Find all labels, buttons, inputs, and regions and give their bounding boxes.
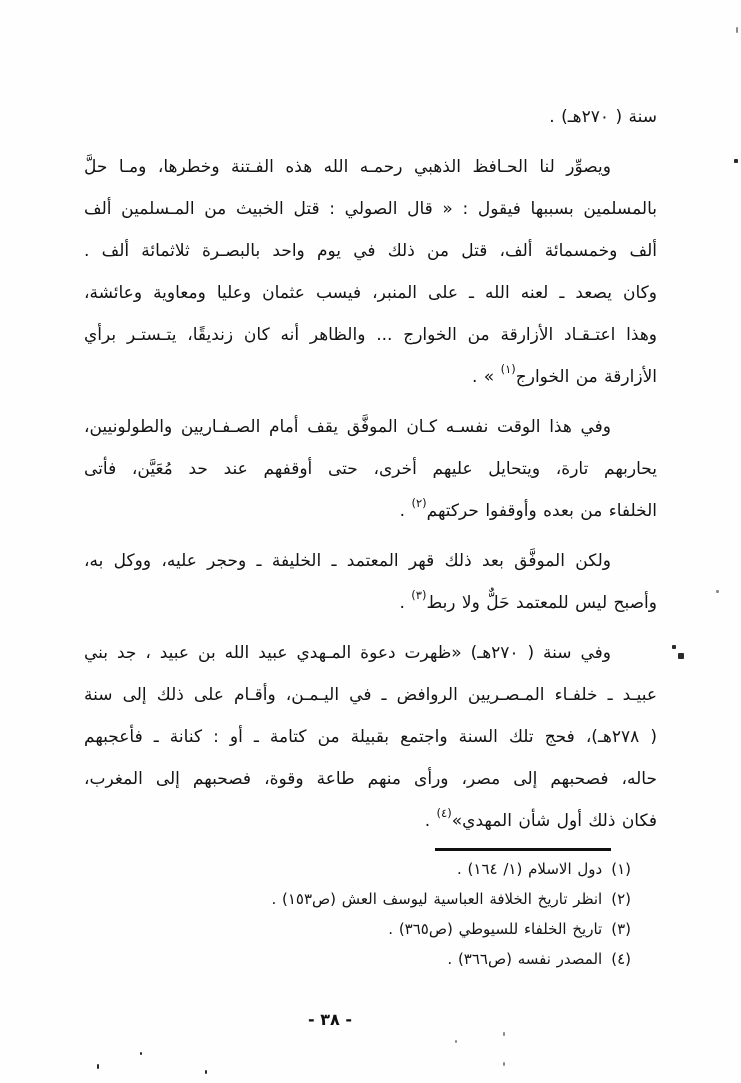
scan-speck: [455, 1040, 457, 1043]
text-line: ولكن الموفَّق بعد ذلك قهر المعتمد ـ الخل…: [84, 540, 657, 582]
text-line: وكان يصعد ـ لعنه الله ـ على المنبر، فيسب…: [84, 272, 657, 314]
scan-speck: [734, 159, 738, 163]
footnote-item: (٤)المصدر نفسه (ص٣٦٦) .: [84, 944, 631, 974]
line-text: » .: [472, 367, 501, 387]
scan-speck: [716, 590, 719, 593]
footnote-number: (٤): [611, 950, 631, 968]
footnote-number: (١): [611, 860, 631, 878]
paragraph: وفي سنة ( ٢٧٠هـ) «ظهرت دعوة المـهدي عبيد…: [84, 632, 657, 842]
footnote-text: المصدر نفسه (ص٣٦٦) .: [447, 950, 602, 968]
scan-speck: [672, 645, 676, 649]
line-text: وفي هذا الوقت نفسـه كـان الموفَّق يقف أم…: [84, 417, 611, 437]
line-text: يحاربهم تارة، ويتحايل عليهم أخرى، حتى أو…: [84, 459, 657, 479]
footnote-item: (٢)انظر تاريخ الخلافة العباسية ليوسف الع…: [84, 884, 631, 914]
line-text: حاله، فصحبهم إلى مصر، ورأى منهم طاعة وقو…: [84, 769, 657, 789]
footnote-text: تاريخ الخلفاء للسيوطي (ص٣٦٥) .: [388, 920, 602, 938]
footnotes-section: (١)دول الاسلام (١/ ١٦٤) .(٢)انظر تاريخ ا…: [84, 854, 657, 974]
paragraph: سنة ( ٢٧٠هـ) .: [84, 96, 657, 138]
text-line: عبيـد ـ خلفـاء المـصـريين الروافض ـ في ا…: [84, 674, 657, 716]
line-text: وكان يصعد ـ لعنه الله ـ على المنبر، فيسب…: [84, 283, 657, 303]
footnote-ref: (٤): [437, 806, 452, 820]
scan-speck: [736, 27, 738, 33]
text-line: الخلفاء من بعده وأوقفوا حركتهم(٢) .: [84, 490, 657, 532]
line-text: ولكن الموفَّق بعد ذلك قهر المعتمد ـ الخل…: [84, 551, 611, 571]
text-line: ( ٢٧٨هـ)، فحج تلك السنة واجتمع بقبيلة من…: [84, 716, 657, 758]
text-line: الأزارقة من الخوارج(١) » .: [84, 356, 657, 398]
body-text: سنة ( ٢٧٠هـ) .ويصوِّر لنا الحـافظ الذهبي…: [84, 96, 657, 974]
text-line: فكان ذلك أول شأن المهدي»(٤) .: [84, 800, 657, 842]
line-text: وهذا اعتـقـاد الأزارقة من الخوارج ... وا…: [84, 325, 657, 345]
paragraphs-container: سنة ( ٢٧٠هـ) .ويصوِّر لنا الحـافظ الذهبي…: [84, 96, 657, 842]
line-text: سنة ( ٢٧٠هـ) .: [549, 107, 657, 127]
footnote-item: (١)دول الاسلام (١/ ١٦٤) .: [84, 854, 631, 884]
footnote-text: انظر تاريخ الخلافة العباسية ليوسف العش (…: [271, 890, 602, 908]
footnote-separator: [435, 848, 611, 851]
text-line: ألف وخمسمائة ألف، قتل من ذلك في يوم واحد…: [84, 230, 657, 272]
scan-speck: [678, 653, 684, 659]
line-text: ويصوِّر لنا الحـافظ الذهبي رحمـه الله هذ…: [84, 157, 611, 177]
text-line: بالمسلمين بسببها فيقول : « قال الصولي : …: [84, 188, 657, 230]
paragraph: وفي هذا الوقت نفسـه كـان الموفَّق يقف أم…: [84, 406, 657, 532]
footnote-ref: (٢): [411, 496, 426, 510]
text-line: يحاربهم تارة، ويتحايل عليهم أخرى، حتى أو…: [84, 448, 657, 490]
paragraph: ويصوِّر لنا الحـافظ الذهبي رحمـه الله هذ…: [84, 146, 657, 398]
line-text: الخلفاء من بعده وأوقفوا حركتهم: [427, 501, 657, 521]
scan-speck: [503, 1062, 505, 1066]
text-line: وهذا اعتـقـاد الأزارقة من الخوارج ... وا…: [84, 314, 657, 356]
text-line: وفي سنة ( ٢٧٠هـ) «ظهرت دعوة المـهدي عبيد…: [84, 632, 657, 674]
line-text: ( ٢٧٨هـ)، فحج تلك السنة واجتمع بقبيلة من…: [84, 727, 657, 747]
text-line: ويصوِّر لنا الحـافظ الذهبي رحمـه الله هذ…: [84, 146, 657, 188]
line-text: فكان ذلك أول شأن المهدي»: [452, 811, 657, 831]
footnote-number: (٣): [611, 920, 631, 938]
text-line: سنة ( ٢٧٠هـ) .: [84, 96, 657, 138]
footnote-item: (٣)تاريخ الخلفاء للسيوطي (ص٣٦٥) .: [84, 914, 631, 944]
line-text: .: [425, 811, 437, 831]
document-page: سنة ( ٢٧٠هـ) .ويصوِّر لنا الحـافظ الذهبي…: [0, 0, 741, 1083]
line-text: .: [399, 593, 411, 613]
line-text: وأصبح ليس للمعتمد حَلٌّ ولا ربط: [426, 593, 657, 613]
footnote-number: (٢): [611, 890, 631, 908]
text-line: وأصبح ليس للمعتمد حَلٌّ ولا ربط(٣) .: [84, 582, 657, 624]
line-text: ألف وخمسمائة ألف، قتل من ذلك في يوم واحد…: [84, 241, 657, 261]
footnote-text: دول الاسلام (١/ ١٦٤) .: [457, 860, 602, 878]
line-text: الأزارقة من الخوارج: [516, 367, 657, 387]
text-line: حاله، فصحبهم إلى مصر، ورأى منهم طاعة وقو…: [84, 758, 657, 800]
scan-speck: [503, 1032, 505, 1036]
scan-speck: [97, 1064, 99, 1069]
footnote-ref: (١): [501, 362, 516, 376]
page-number: - ٣٨ -: [298, 1010, 362, 1029]
paragraph: ولكن الموفَّق بعد ذلك قهر المعتمد ـ الخل…: [84, 540, 657, 624]
text-line: وفي هذا الوقت نفسـه كـان الموفَّق يقف أم…: [84, 406, 657, 448]
footnote-ref: (٣): [411, 588, 426, 602]
line-text: .: [400, 501, 412, 521]
line-text: عبيـد ـ خلفـاء المـصـريين الروافض ـ في ا…: [84, 685, 657, 705]
line-text: وفي سنة ( ٢٧٠هـ) «ظهرت دعوة المـهدي عبيد…: [84, 643, 611, 663]
scan-speck: [140, 1052, 142, 1055]
scan-speck: [205, 1070, 207, 1074]
line-text: بالمسلمين بسببها فيقول : « قال الصولي : …: [84, 199, 657, 219]
